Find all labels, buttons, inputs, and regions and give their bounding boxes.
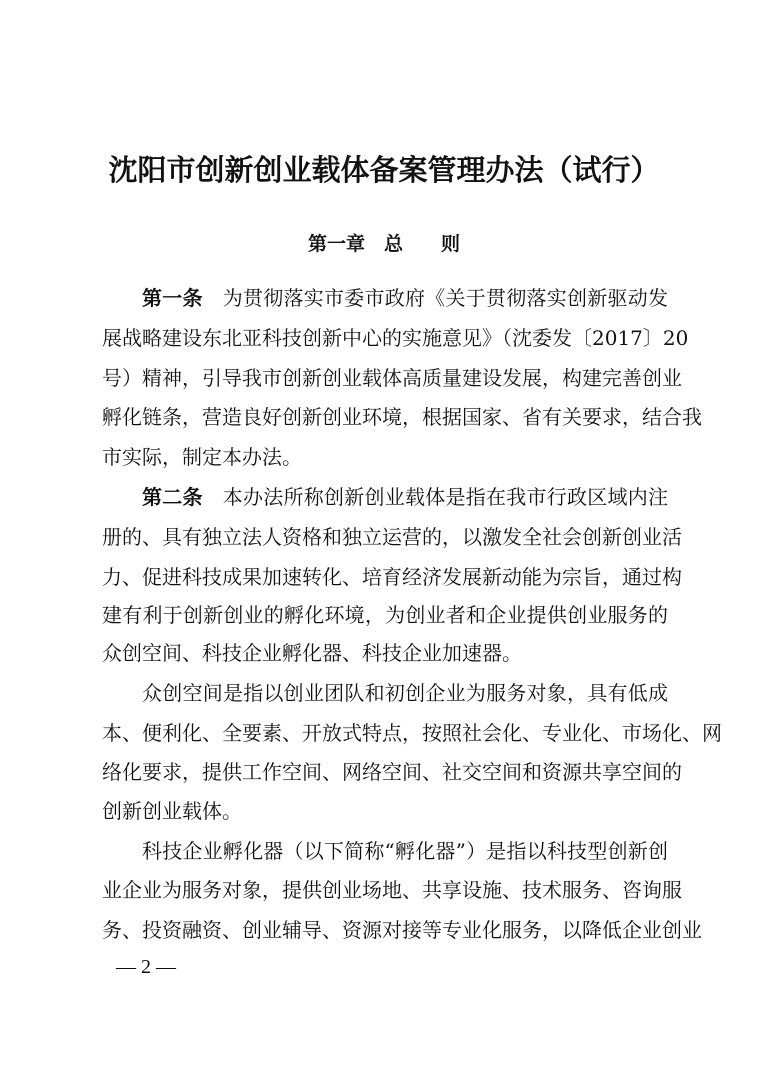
article-2-label: 第二条	[142, 485, 203, 509]
article-1-line-3: 号）精神，引导我市创新创业载体高质量建设发展，构建完善创业	[102, 363, 668, 393]
article-2-line-5: 众创空间、科技企业孵化器、科技企业加速器。	[102, 638, 668, 668]
document-title: 沈阳市创新创业载体备案管理办法（试行）	[0, 148, 768, 189]
incubator-line-2: 业企业为服务对象，提供创业场地、共享设施、技术服务、咨询服	[102, 875, 668, 905]
document-page: 沈阳市创新创业载体备案管理办法（试行） 第一章 总 则 第一条为贯彻落实市委市政…	[0, 0, 768, 1086]
chapter-heading: 第一章 总 则	[0, 229, 768, 256]
article-2-line-1: 第二条本办法所称创新创业载体是指在我市行政区域内注	[142, 482, 668, 512]
maker-space-line-1: 众创空间是指以创业团队和初创企业为服务对象，具有低成	[142, 678, 668, 708]
page-number: — 2 —	[116, 956, 176, 979]
incubator-line-3: 务、投资融资、创业辅导、资源对接等专业化服务，以降低企业创业	[102, 915, 668, 945]
article-1-line-2: 展战略建设东北亚科技创新中心的实施意见》（沈委发〔2017〕20	[102, 323, 668, 353]
incubator-line-1: 科技企业孵化器（以下简称“孵化器”）是指以科技型创新创	[142, 836, 668, 866]
article-2-line-3: 力、促进科技成果加速转化、培育经济发展新动能为宗旨，通过构	[102, 562, 668, 592]
article-2-line-2: 册的、具有独立法人资格和独立运营的，以激发全社会创新创业活	[102, 522, 668, 552]
article-1-line-5: 市实际，制定本办法。	[102, 442, 668, 472]
article-1-line-4: 孵化链条，营造良好创新创业环境，根据国家、省有关要求，结合我	[102, 402, 668, 432]
maker-space-line-4: 创新创业载体。	[102, 796, 668, 826]
article-1-label: 第一条	[142, 286, 203, 310]
maker-space-line-3: 络化要求，提供工作空间、网络空间、社交空间和资源共享空间的	[102, 757, 668, 787]
article-2-line-4: 建有利于创新创业的孵化环境，为创业者和企业提供创业服务的	[102, 600, 668, 630]
article-1-line-1: 第一条为贯彻落实市委市政府《关于贯彻落实创新驱动发	[142, 283, 668, 313]
maker-space-line-2: 本、便利化、全要素、开放式特点，按照社会化、专业化、市场化、网	[102, 718, 668, 748]
